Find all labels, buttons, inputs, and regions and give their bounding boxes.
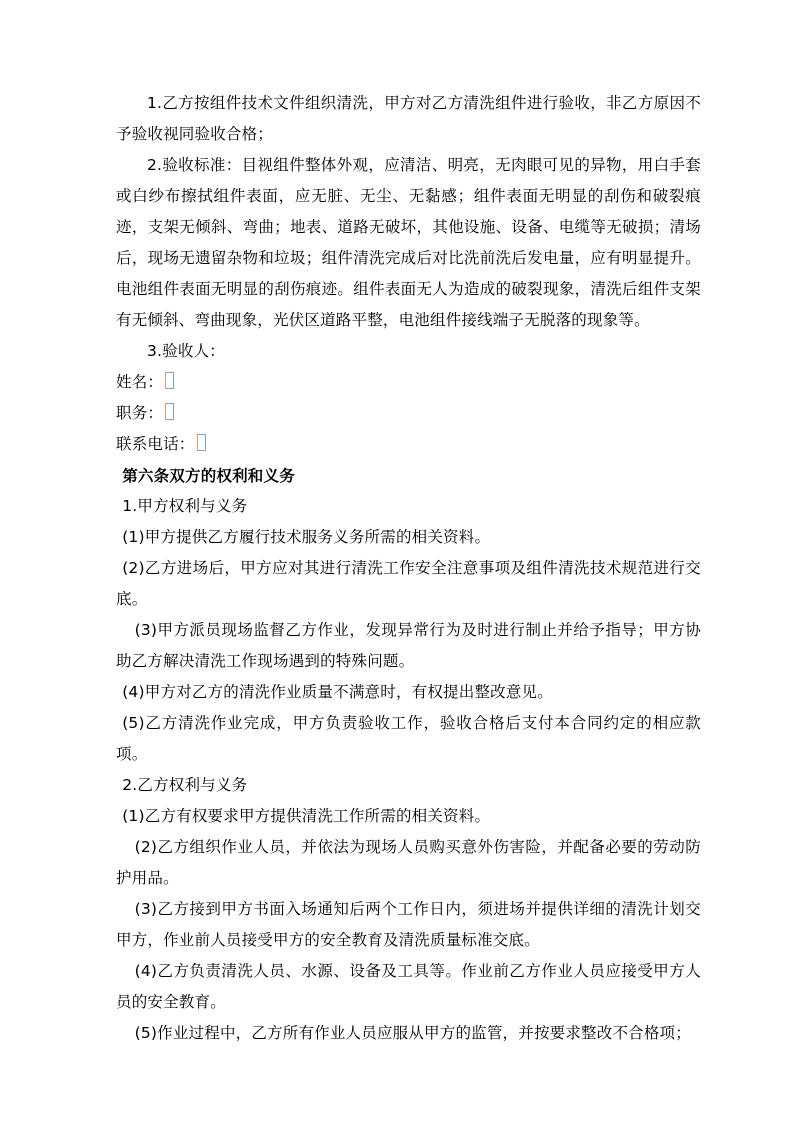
party-a-item-2: (2)乙方进场后，甲方应对其进行清洗工作安全注意事项及组件清洗技术规范进行交底。	[116, 553, 701, 615]
party-a-item-3: (3)甲方派员现场监督乙方作业，发现异常行为及时进行制止并给予指导；甲方协助乙方…	[116, 615, 701, 677]
document-page: 1.乙方按组件技术文件组织清洗，甲方对乙方清洗组件进行验收，非乙方原因不予验收视…	[116, 88, 701, 1049]
field-position-label: 职务：	[116, 404, 163, 422]
party-b-item-5: (5)作业过程中，乙方所有作业人员应服从甲方的监管，并按要求整改不合格项；	[116, 1018, 701, 1049]
field-position: 职务：	[116, 398, 701, 429]
field-name: 姓名：	[116, 367, 701, 398]
field-phone-label: 联系电话：	[116, 435, 195, 453]
party-b-item-1: (1)乙方有权要求甲方提供清洗工作所需的相关资料。	[116, 801, 701, 832]
party-b-heading: 2.乙方权利与义务	[116, 770, 701, 801]
field-phone: 联系电话：	[116, 429, 701, 460]
field-position-input[interactable]	[165, 403, 174, 420]
party-a-heading: 1.甲方权利与义务	[116, 491, 701, 522]
field-name-input[interactable]	[165, 372, 174, 389]
party-b-item-3: (3)乙方接到甲方书面入场通知后两个工作日内，须进场并提供详细的清洗计划交甲方，…	[116, 894, 701, 956]
field-phone-input[interactable]	[197, 434, 206, 451]
acceptance-item-1: 1.乙方按组件技术文件组织清洗，甲方对乙方清洗组件进行验收，非乙方原因不予验收视…	[116, 88, 701, 150]
field-name-label: 姓名：	[116, 373, 163, 391]
party-b-item-2: (2)乙方组织作业人员，并依法为现场人员购买意外伤害险，并配备必要的劳动防护用品…	[116, 832, 701, 894]
party-a-item-1: (1)甲方提供乙方履行技术服务义务所需的相关资料。	[116, 522, 701, 553]
party-a-item-5: (5)乙方清洗作业完成，甲方负责验收工作，验收合格后支付本合同约定的相应款项。	[116, 708, 701, 770]
party-a-item-4: (4)甲方对乙方的清洗作业质量不满意时，有权提出整改意见。	[116, 677, 701, 708]
article-6-title: 第六条双方的权利和义务	[116, 460, 701, 491]
party-b-item-4: (4)乙方负责清洗人员、水源、设备及工具等。作业前乙方作业人员应接受甲方人员的安…	[116, 956, 701, 1018]
acceptance-item-2: 2.验收标准：目视组件整体外观，应清洁、明亮，无肉眼可见的异物，用白手套或白纱布…	[116, 150, 701, 336]
acceptance-item-3: 3.验收人：	[116, 336, 701, 367]
